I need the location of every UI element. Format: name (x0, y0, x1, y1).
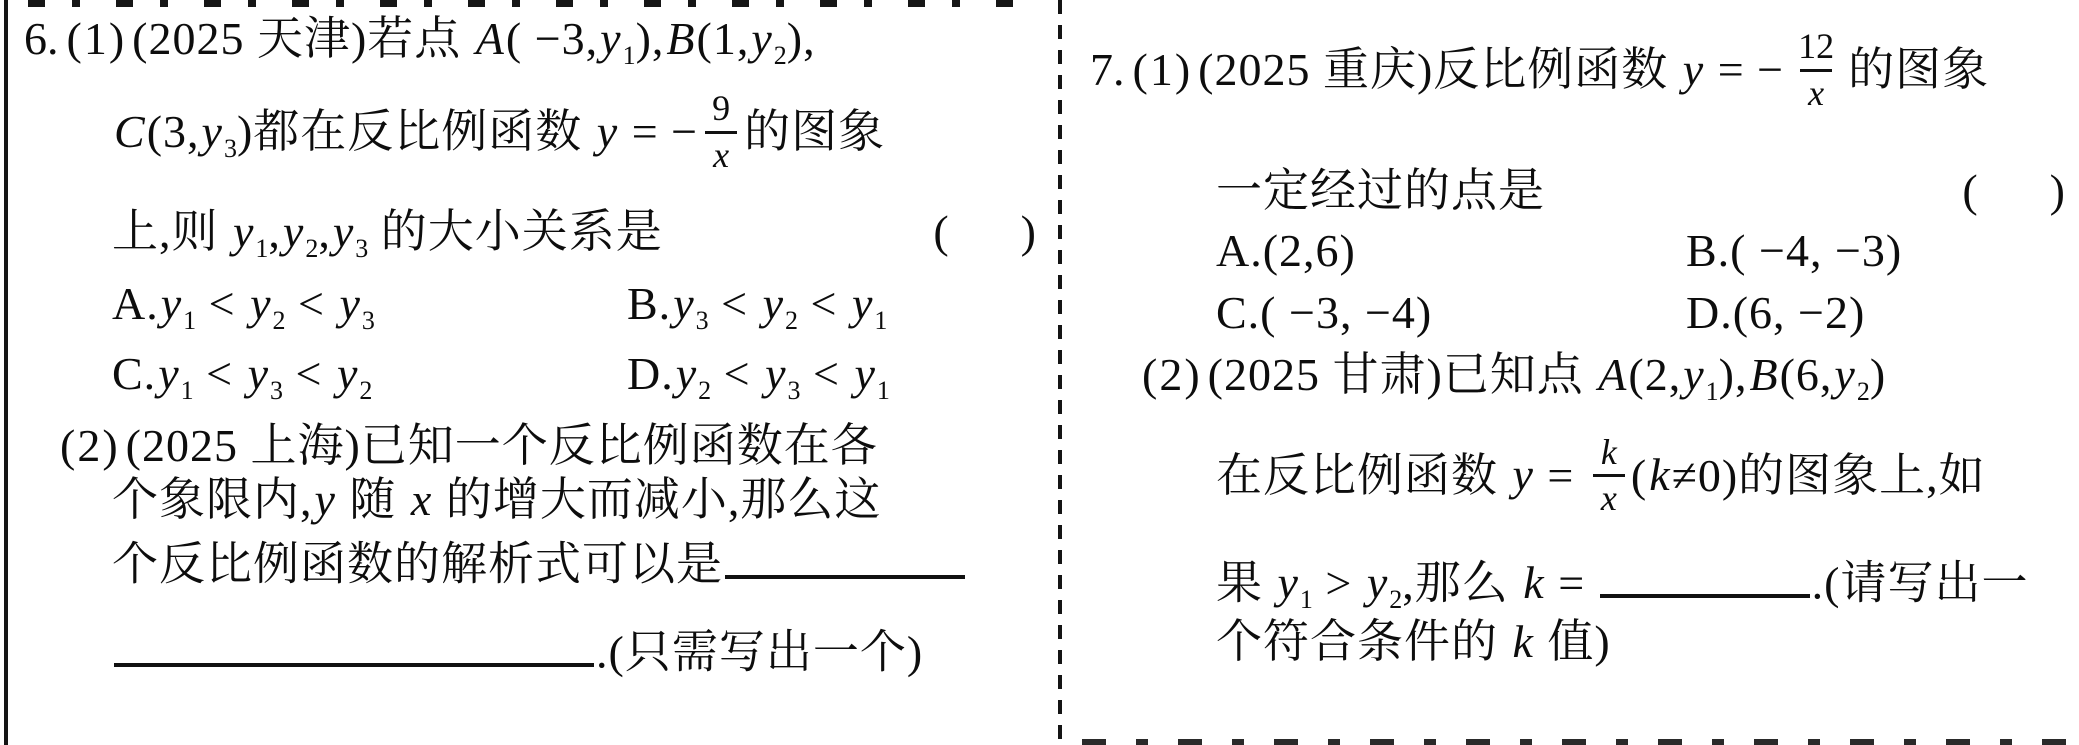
subscript-index: 1 (255, 234, 268, 263)
math-variable: y (671, 278, 695, 329)
text-run: C. (112, 348, 156, 399)
math-variable: y (337, 278, 361, 329)
math-variable: y (674, 348, 698, 399)
text-run: D. (627, 348, 674, 399)
subscript-index: 1 (1706, 377, 1719, 406)
blank-underline (1600, 546, 1810, 598)
text-run: 果 (1216, 557, 1276, 608)
text-run: 一定经过的点是 (1216, 165, 1545, 216)
math-variable: y (1276, 557, 1300, 608)
text-run: ( −3, (506, 13, 598, 64)
problem-number: 7. (1090, 44, 1133, 95)
text-run: (2025 上海)已知一个反比例函数在各 (126, 420, 878, 471)
subscript-index: 3 (362, 306, 375, 335)
math-variable: y (331, 206, 355, 257)
option-choice-second: D.y2 < y3 < y1 (627, 347, 890, 401)
math-variable: y (1681, 44, 1705, 95)
math-variable: y (852, 348, 876, 399)
problem-6-part-1-line-4: A.y1 < y2 < y3B.y3 < y2 < y1 (112, 277, 1058, 331)
subscripted-variable: y2 (248, 278, 285, 329)
text-run: (6, (1780, 349, 1833, 400)
text-run: 个符合条件的 (1216, 616, 1511, 667)
fraction: 12x (1790, 28, 1842, 113)
math-variable: y (850, 278, 874, 329)
math-variable: y (248, 278, 272, 329)
subscript-index: 2 (774, 41, 787, 70)
math-variable: y (313, 474, 337, 525)
subscripted-variable: y1 (1276, 557, 1313, 608)
text-run: > (1313, 557, 1365, 608)
text-run: ), (636, 13, 665, 64)
answer-bracket-close: ) (2050, 165, 2065, 216)
answer-bracket: () (933, 205, 1036, 259)
text-run: (2025 甘肃)已知点 (1208, 349, 1597, 400)
option-choice-first: C.( −3, −4) (1216, 286, 1686, 340)
math-variable: y (1511, 449, 1535, 500)
problem-number: 6. (24, 13, 67, 64)
subscript-index: 1 (181, 376, 194, 405)
subscripted-variable: y3 (331, 206, 368, 257)
text-run: 随 (337, 474, 409, 525)
math-variable: A (474, 13, 506, 64)
text-run: , (268, 206, 281, 257)
text-run: < (194, 348, 246, 399)
text-run: = (1546, 557, 1598, 608)
text-run: < (709, 278, 761, 329)
part-label: (2) (60, 420, 126, 471)
text-run: (2025 天津)若点 (132, 13, 474, 64)
math-variable: k (1521, 557, 1545, 608)
answer-bracket-open: ( (933, 206, 948, 257)
problem-6-part-2-line-3: 个反比例函数的解析式可以是 (112, 527, 1058, 591)
math-variable: x (409, 474, 433, 525)
problem-7-part-1-line-3: A.(2,6)B.( −4, −3) (1216, 224, 2079, 278)
text-run: 的增大而减小,那么这 (433, 474, 881, 525)
text-run: (3, (147, 106, 200, 157)
blank-underline (114, 615, 594, 667)
text-run: < (798, 278, 850, 329)
text-run: (2025 重庆)反比例函数 (1198, 44, 1681, 95)
subscripted-variable: y2 (1832, 349, 1869, 400)
text-run: < (286, 278, 338, 329)
text-run: = − (1705, 44, 1784, 95)
problem-7-part-1-line-1: 7.(1)(2025 重庆)反比例函数 y = −12x的图象 (1090, 18, 2079, 131)
subscript-index: 3 (224, 134, 237, 163)
subscripted-variable: y2 (749, 13, 786, 64)
left-column-problem-6: 6.(1)(2025 天津)若点 A( −3,y1),B(1,y2),C(3,y… (8, 0, 1058, 745)
column-divider-dashed-rule (1058, 0, 1062, 745)
subscript-index: 2 (273, 306, 286, 335)
math-variable: y (763, 348, 787, 399)
part-label: (2) (1142, 349, 1208, 400)
math-variable: y (335, 348, 359, 399)
math-variable: y (200, 106, 224, 157)
math-variable: y (159, 278, 183, 329)
fraction-denominator: x (1800, 69, 1832, 113)
option-choice-second: D.(6, −2) (1686, 286, 1865, 340)
text-run: .(只需写出一个) (596, 626, 923, 677)
math-variable: y (231, 206, 255, 257)
subscript-index: 2 (359, 376, 372, 405)
text-run: < (283, 348, 335, 399)
answer-bracket: () (1962, 164, 2065, 218)
subscript-index: 3 (355, 234, 368, 263)
text-run: 上,则 (112, 206, 231, 257)
problem-6-part-2-line-1: (2)(2025 上海)已知一个反比例函数在各 (60, 419, 1058, 473)
text-run: ), (1719, 349, 1748, 400)
subscripted-variable: y1 (156, 348, 193, 399)
subscript-index: 1 (874, 306, 887, 335)
text-run: ,那么 (1402, 557, 1521, 608)
answer-bracket-close: ) (1021, 206, 1036, 257)
problem-7-part-2-line-4: 个符合条件的 k 值) (1216, 615, 2079, 669)
part-label: (1) (67, 13, 133, 64)
option-choice-first: C.y1 < y3 < y2 (112, 347, 627, 401)
subscripted-variable: y3 (337, 278, 374, 329)
text-run: 值) (1535, 616, 1611, 667)
option-choice-first: A.y1 < y2 < y3 (112, 277, 627, 331)
subscript-index: 1 (623, 41, 636, 70)
problem-6-part-2-line-4: .(只需写出一个) (112, 615, 1058, 679)
text-run: A.(2,6) (1216, 225, 1356, 276)
problem-6-part-1-line-5: C.y1 < y3 < y2D.y2 < y3 < y1 (112, 347, 1058, 401)
worksheet-page: 6.(1)(2025 天津)若点 A( −3,y1),B(1,y2),C(3,y… (0, 0, 2079, 745)
text-run: .(请写出一 (1812, 557, 2029, 608)
problem-7-part-1-line-4: C.( −3, −4)D.(6, −2) (1216, 286, 2079, 340)
subscript-index: 1 (183, 306, 196, 335)
right-column-problem-7: 7.(1)(2025 重庆)反比例函数 y = −12x的图象一定经过的点是()… (1066, 0, 2079, 745)
text-run: B. (627, 278, 671, 329)
problem-7-part-2-line-1: (2)(2025 甘肃)已知点 A(2,y1),B(6,y2) (1142, 348, 2079, 402)
fraction-denominator: x (1593, 474, 1625, 518)
math-variable: y (1681, 349, 1705, 400)
math-variable: B (664, 13, 696, 64)
fraction-denominator: x (705, 131, 737, 175)
text-run: (2, (1628, 349, 1681, 400)
answer-bracket-open: ( (1962, 165, 1977, 216)
text-run: , (318, 206, 331, 257)
subscripted-variable: y2 (281, 206, 318, 257)
text-run: D.(6, −2) (1686, 287, 1865, 338)
text-run: )都在反比例函数 (237, 106, 595, 157)
math-variable: y (1365, 557, 1389, 608)
subscripted-variable: y1 (598, 13, 635, 64)
subscripted-variable: y1 (850, 278, 887, 329)
text-run: < (711, 348, 763, 399)
math-variable: y (598, 13, 622, 64)
text-run: 个反比例函数的解析式可以是 (112, 538, 723, 589)
subscript-index: 3 (696, 306, 709, 335)
subscript-index: 2 (785, 306, 798, 335)
subscripted-variable: y3 (671, 278, 708, 329)
subscripted-variable: y1 (852, 348, 889, 399)
text-run: 的图象 (744, 106, 885, 157)
math-variable: y (281, 206, 305, 257)
text-run: < (801, 348, 853, 399)
text-run: < (196, 278, 248, 329)
subscripted-variable: y2 (761, 278, 798, 329)
fraction-numerator: k (1593, 434, 1625, 475)
fraction-numerator: 9 (704, 90, 738, 131)
math-variable: y (246, 348, 270, 399)
subscripted-variable: y3 (763, 348, 800, 399)
math-variable: y (595, 106, 619, 157)
option-choice-second: B.( −4, −3) (1686, 224, 1902, 278)
text-run: ≠0)的图象上,如 (1672, 449, 1986, 500)
subscript-index: 1 (1300, 585, 1313, 614)
subscript-index: 2 (1857, 377, 1870, 406)
subscripted-variable: y3 (200, 106, 237, 157)
math-variable: A (1596, 349, 1628, 400)
math-variable: y (1832, 349, 1856, 400)
fraction: kx (1593, 434, 1625, 519)
text-run: 的图象 (1848, 44, 1989, 95)
part-label: (1) (1133, 44, 1199, 95)
subscripted-variable: y2 (674, 348, 711, 399)
problem-6-part-1-line-3: 上,则 y1,y2,y3 的大小关系是() (112, 205, 1058, 259)
option-choice-second: B.y3 < y2 < y1 (627, 277, 887, 331)
subscript-index: 3 (788, 376, 801, 405)
problem-7-part-2-line-2: 在反比例函数 y = kx(k≠0)的图象上,如 (1216, 424, 2079, 537)
subscript-index: 1 (877, 376, 890, 405)
subscript-index: 2 (698, 376, 711, 405)
subscripted-variable: y2 (335, 348, 372, 399)
text-run: (1, (697, 13, 750, 64)
math-variable: y (749, 13, 773, 64)
subscripted-variable: y1 (1681, 349, 1718, 400)
subscripted-variable: y1 (159, 278, 196, 329)
text-run: = − (619, 106, 698, 157)
problem-7-part-2-line-3: 果 y1 > y2,那么 k = .(请写出一 (1216, 546, 2079, 610)
subscript-index: 2 (305, 234, 318, 263)
math-variable: y (761, 278, 785, 329)
blank-underline (725, 527, 965, 579)
text-run: ), (787, 13, 816, 64)
subscript-index: 3 (270, 376, 283, 405)
problem-6-part-1-line-1: 6.(1)(2025 天津)若点 A( −3,y1),B(1,y2), (24, 12, 1058, 66)
problem-6-part-1-line-2: C(3,y3)都在反比例函数 y = −9x的图象 (112, 80, 1058, 193)
text-run: C.( −3, −4) (1216, 287, 1432, 338)
subscripted-variable: y3 (246, 348, 283, 399)
text-run: B.( −4, −3) (1686, 225, 1902, 276)
subscripted-variable: y2 (1365, 557, 1402, 608)
text-run: ) (1870, 349, 1886, 400)
text-run: = (1535, 449, 1587, 500)
subscripted-variable: y1 (231, 206, 268, 257)
subscript-index: 2 (1389, 585, 1402, 614)
math-variable: y (156, 348, 180, 399)
text-run: A. (112, 278, 159, 329)
text-run: 的大小关系是 (368, 206, 663, 257)
math-variable: k (1511, 616, 1535, 667)
math-variable: k (1647, 449, 1671, 500)
math-variable: B (1747, 349, 1779, 400)
text-run: 个象限内, (112, 474, 313, 525)
problem-7-part-1-line-2: 一定经过的点是() (1216, 164, 2079, 218)
text-run: 在反比例函数 (1216, 449, 1511, 500)
option-choice-first: A.(2,6) (1216, 224, 1686, 278)
problem-6-part-2-line-2: 个象限内,y 随 x 的增大而减小,那么这 (112, 473, 1058, 527)
text-run: ( (1631, 449, 1647, 500)
fraction-numerator: 12 (1790, 28, 1842, 69)
fraction: 9x (704, 90, 738, 175)
math-variable: C (112, 106, 147, 157)
